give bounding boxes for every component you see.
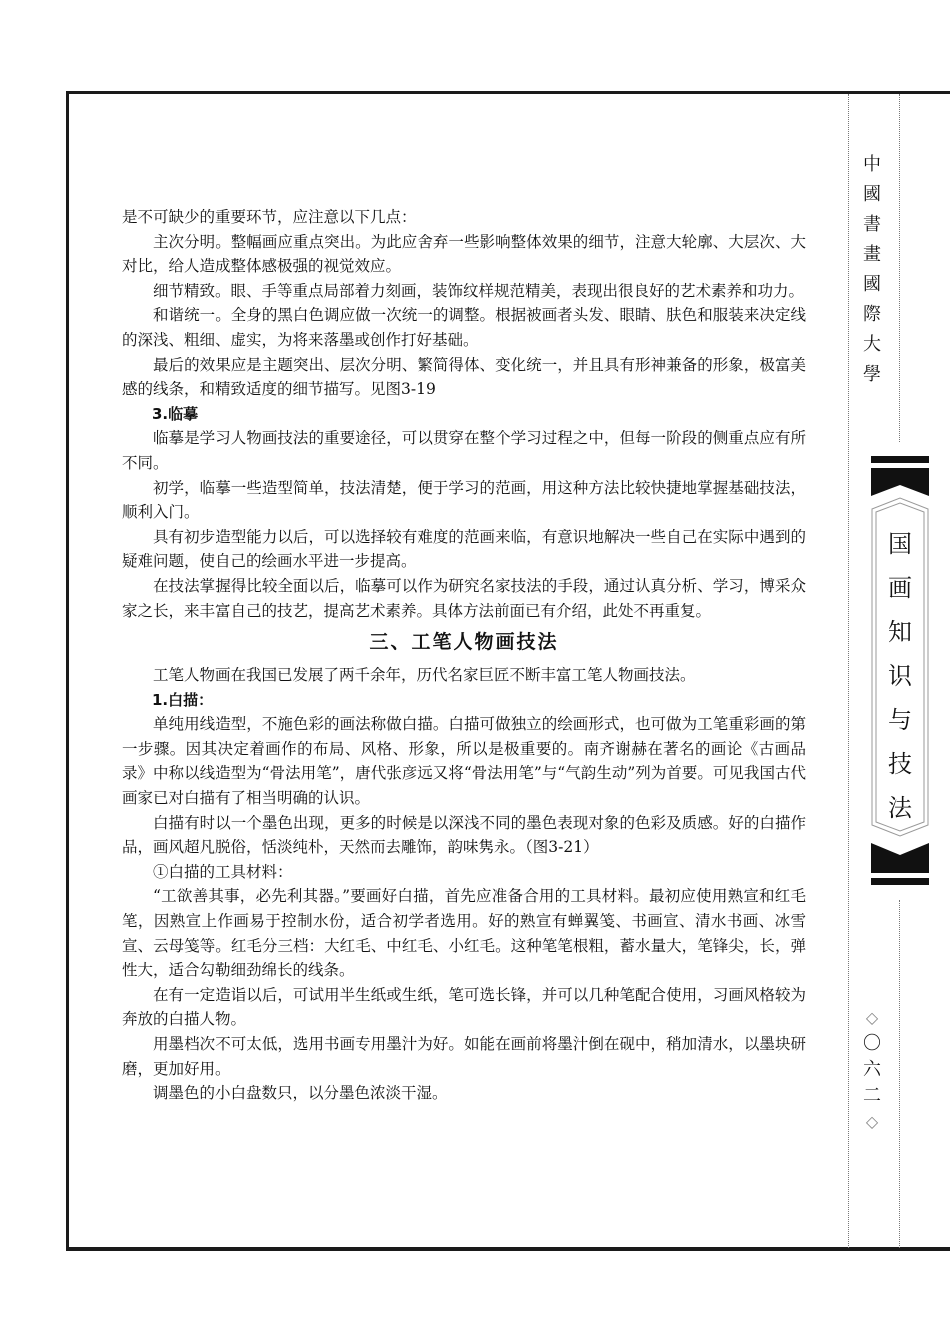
univ-char: 國 (856, 270, 888, 300)
sidebar-guide-line-right-top (899, 94, 900, 442)
page-number-char: 二 (857, 1083, 887, 1109)
paragraph: “工欲善其事，必先利其器。”要画好白描，首先应准备合用的工具材料。最初应使用熟宣… (122, 884, 806, 982)
banner-top-bar (871, 456, 929, 463)
univ-char: 學 (856, 360, 888, 390)
title-char: 知 (871, 610, 929, 654)
subheading-linmo: 3.临摹 (122, 402, 806, 427)
diamond-icon: ◇ (857, 1005, 887, 1031)
paragraph: 具有初步造型能力以后，可以选择较有难度的范画来临，有意识地解决一些自己在实际中遇… (122, 525, 806, 574)
univ-char: 書 (856, 210, 888, 240)
banner-bottom-bar (871, 878, 929, 885)
sidebar-guide-line-right-middle (899, 900, 900, 1248)
paragraph: 主次分明。整幅画应重点突出。为此应舍弃一些影响整体效果的细节，注意大轮廓、大层次… (122, 230, 806, 279)
title-char: 技 (871, 742, 929, 786)
paragraph: 和谐统一。全身的黑白色调应做一次统一的调整。根据被画者头发、眼睛、肤色和服装来决… (122, 303, 806, 352)
paragraph: 工笔人物画在我国已发展了两千余年，历代名家巨匠不断丰富工笔人物画技法。 (122, 663, 806, 688)
diamond-icon: ◇ (857, 1109, 887, 1135)
univ-char: 國 (856, 180, 888, 210)
body-text: 是不可缺少的重要环节，应注意以下几点： 主次分明。整幅画应重点突出。为此应舍弃一… (122, 205, 806, 1106)
paragraph: 在技法掌握得比较全面以后，临摹可以作为研究名家技法的手段，通过认真分析、学习，博… (122, 574, 806, 623)
title-char: 法 (871, 786, 929, 830)
univ-char: 大 (856, 330, 888, 360)
page-number-char: 六 (857, 1057, 887, 1083)
subheading-baimiao: 1.白描： (122, 688, 806, 713)
univ-char: 中 (856, 150, 888, 180)
paragraph: 用墨档次不可太低，选用书画专用墨汁为好。如能在画前将墨汁倒在砚中，稍加清水，以墨… (122, 1032, 806, 1081)
title-char: 识 (871, 654, 929, 698)
page-number-char: 〇 (857, 1031, 887, 1057)
title-char: 国 (871, 522, 929, 566)
banner-top-chevron-icon (871, 468, 929, 498)
banner-bottom-chevron-icon (871, 843, 929, 873)
page-number-vertical: ◇ 〇 六 二 ◇ (857, 1005, 887, 1135)
paragraph: ①白描的工具材料： (122, 860, 806, 885)
paragraph: 初学，临摹一些造型简单，技法清楚，便于学习的范画，用这种方法比较快捷地掌握基础技… (122, 476, 806, 525)
title-char: 画 (871, 566, 929, 610)
paragraph: 是不可缺少的重要环节，应注意以下几点： (122, 205, 806, 230)
title-char: 与 (871, 698, 929, 742)
university-name-vertical: 中 國 書 畫 國 際 大 學 (856, 150, 888, 390)
paragraph: 单纯用线造型，不施色彩的画法称做白描。白描可做独立的绘画形式，也可做为工笔重彩画… (122, 712, 806, 810)
sidebar-guide-line-left (848, 94, 849, 1248)
paragraph: 临摹是学习人物画技法的重要途径，可以贯穿在整个学习过程之中，但每一阶段的侧重点应… (122, 426, 806, 475)
section-heading: 三、工笔人物画技法 (122, 627, 806, 657)
paragraph: 调墨色的小白盘数只，以分墨色浓淡干湿。 (122, 1081, 806, 1106)
paragraph: 在有一定造诣以后，可试用半生纸或生纸，笔可选长锋，并可以几种笔配合使用，习画风格… (122, 983, 806, 1032)
paragraph: 最后的效果应是主题突出、层次分明、繁简得体、变化统一，并且具有形神兼备的形象，极… (122, 353, 806, 402)
univ-char: 際 (856, 300, 888, 330)
book-title-vertical: 国 画 知 识 与 技 法 (871, 522, 929, 830)
univ-char: 畫 (856, 240, 888, 270)
paragraph: 白描有时以一个墨色出现，更多的时候是以深浅不同的墨色表现对象的色彩及质感。好的白… (122, 811, 806, 860)
paragraph: 细节精致。眼、手等重点局部着力刻画，装饰纹样规范精美，表现出很良好的艺术素养和功… (122, 279, 806, 304)
